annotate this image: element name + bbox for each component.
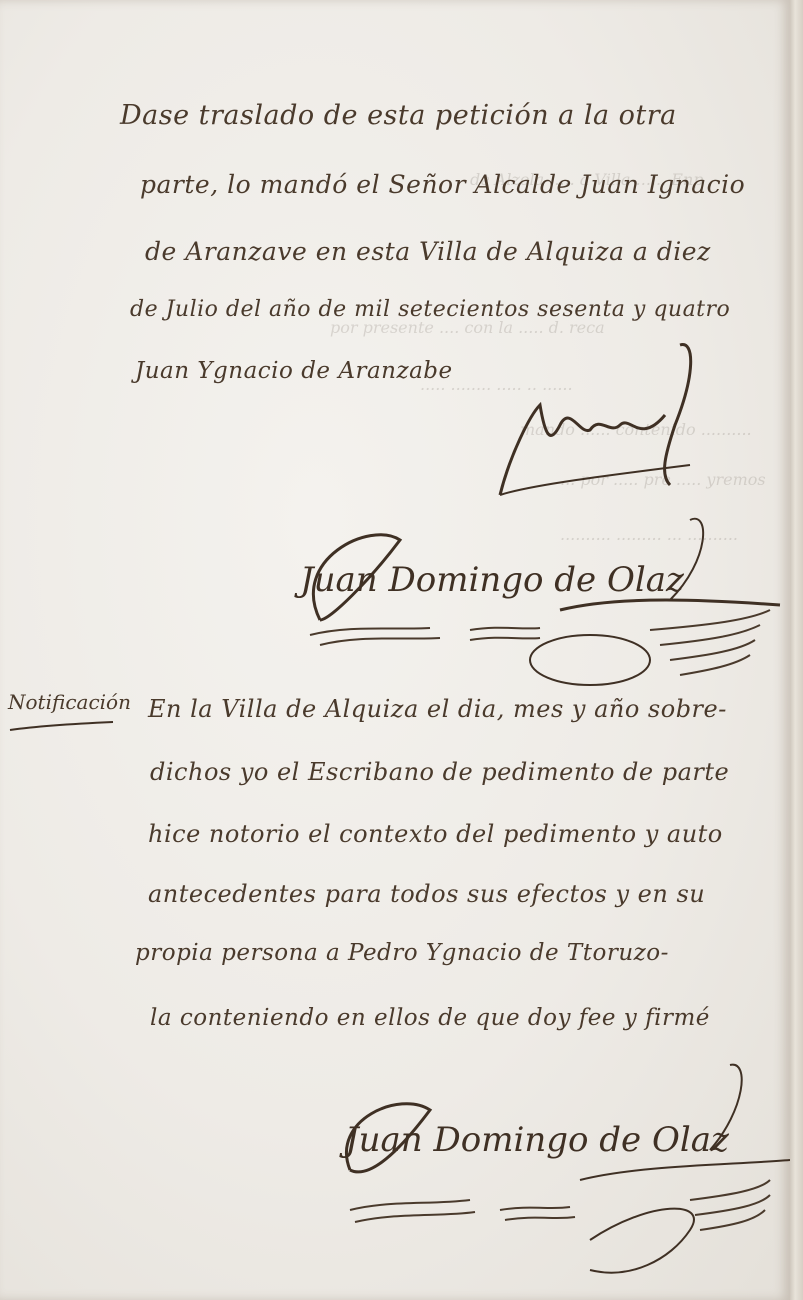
paragraph-2-line-2: dichos yo el Escribano de pedimento de p… [150,758,729,786]
manuscript-page: de Alzola ..... a Villa ...... Enp por p… [0,0,790,1300]
paragraph-1-line-5: Juan Ygnacio de Aranzabe [135,358,453,384]
signature-flourish-icon [330,1060,800,1290]
rubric-flourish-icon [490,335,720,505]
paragraph-1-line-4: de Julio del año de mil setecientos sese… [130,297,730,322]
signature-flourish-icon [290,500,790,700]
page-edge [790,0,803,1300]
paragraph-1-line-1: Dase traslado de esta petición a la otra [120,100,677,131]
paragraph-1-line-2: parte, lo mandó el Señor Alcalde Juan Ig… [140,170,745,199]
paragraph-2-line-3: hice notorio el contexto del pedimento y… [148,820,723,848]
paragraph-1-line-3: de Aranzave en esta Villa de Alquiza a d… [145,237,711,266]
paragraph-2-line-4: antecedentes para todos sus efectos y en… [148,880,705,908]
paragraph-2-line-5: propia persona a Pedro Ygnacio de Ttoruz… [135,940,669,966]
margin-underline-icon [8,718,118,738]
paragraph-2-line-1: En la Villa de Alquiza el dia, mes y año… [148,695,727,723]
margin-note: Notificación [8,690,131,714]
paragraph-2-line-6: la conteniendo en ellos de que doy fee y… [150,1005,710,1031]
